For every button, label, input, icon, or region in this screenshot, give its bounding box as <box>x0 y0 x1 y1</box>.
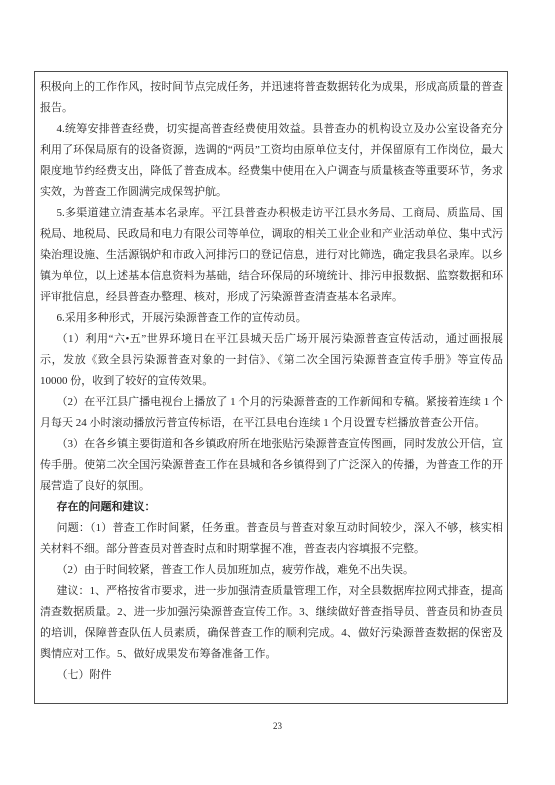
page-number: 23 <box>0 721 555 731</box>
paragraph-11: 建议：1、严格按省市要求，进一步加强清查质量管理工作，对全县数据库拉网式排查，提… <box>40 581 503 665</box>
paragraph-8: 存在的问题和建议： <box>40 497 503 518</box>
paragraph-1: 积极向上的工作作风，按时间节点完成任务，并迅速将普查数据转化为成果，形成高质量的… <box>40 77 503 119</box>
paragraph-3: 5.多渠道建立清查基本名录库。平江县普查办积极走访平江县水务局、工商局、质监局、… <box>40 203 503 308</box>
paragraph-9: 问题：（1）普查工作时间紧，任务重。普查员与普查对象互动时间较少，深入不够，核实… <box>40 518 503 560</box>
paragraph-2: 4.统筹安排普查经费，切实提高普查经费使用效益。县普查办的机构设立及办公室设备充… <box>40 119 503 203</box>
paragraph-10: （2）由于时间较紧，普查工作人员加班加点，疲劳作战，难免不出失误。 <box>40 560 503 581</box>
paragraph-4: 6.采用多种形式，开展污染源普查工作的宣传动员。 <box>40 308 503 329</box>
document-body: 积极向上的工作作风，按时间节点完成任务，并迅速将普查数据转化为成果，形成高质量的… <box>40 77 503 686</box>
paragraph-7: （3）在各乡镇主要街道和各乡镇政府所在地张贴污染源普查宣传图画，同时发放公开信，… <box>40 434 503 497</box>
paragraph-12: （七）附件 <box>40 665 503 686</box>
paragraph-6: （2）在平江县广播电视台上播放了 1 个月的污染源普查的工作新闻和专稿。紧接着连… <box>40 392 503 434</box>
document-page-cell: 积极向上的工作作风，按时间节点完成任务，并迅速将普查数据转化为成果，形成高质量的… <box>34 71 508 704</box>
paragraph-5: （1）利用“六•五”世界环境日在平江县城天岳广场开展污染源普查宣传活动，通过画报… <box>40 329 503 392</box>
